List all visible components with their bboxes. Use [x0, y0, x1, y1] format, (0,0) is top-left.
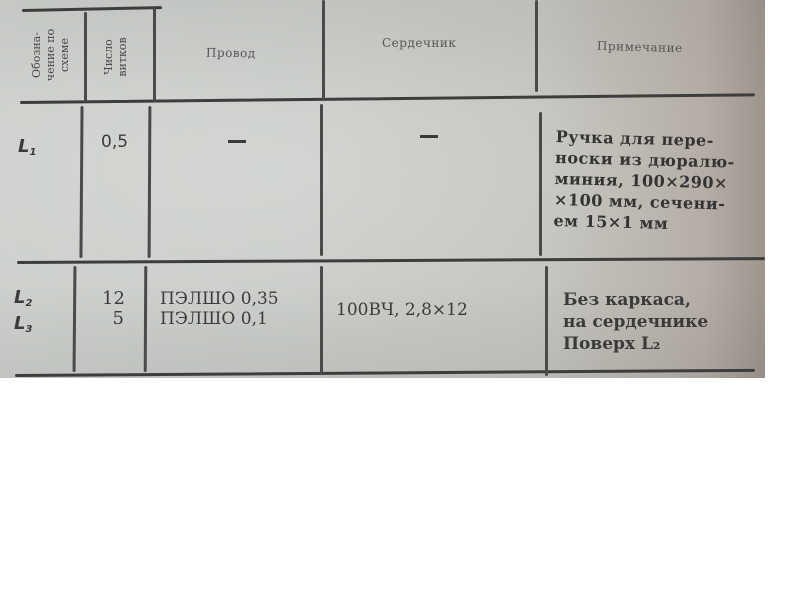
designation-letter: L	[14, 287, 25, 308]
row2-core: 100ВЧ, 2,8×12	[336, 300, 468, 320]
col-divider-2	[153, 8, 156, 102]
table-photo: Обозна- чение по схеме Число витков Пров…	[0, 0, 765, 378]
col-divider-2-row2	[144, 266, 148, 372]
row2-note: Без каркаса, на сердечнике Поверх L₂	[563, 289, 708, 355]
turns-value: 12	[102, 289, 124, 309]
designation-index: 3	[25, 324, 32, 335]
row1-core-dash	[420, 135, 438, 138]
col-divider-1	[84, 12, 87, 102]
header-turns-line: витков	[116, 16, 130, 98]
header-designation-line: Обозна-	[30, 10, 44, 100]
row2-bottom-rule	[15, 369, 755, 377]
note-line: Поверх L₂	[563, 333, 708, 355]
row1-wire-dash	[228, 140, 246, 143]
turns-value: 5	[102, 309, 124, 329]
col-divider-1-row1	[79, 106, 83, 258]
note-line: на сердечнике	[563, 311, 708, 333]
designation-l3: L3	[14, 314, 32, 340]
row2-turns: 12 5	[102, 289, 124, 329]
designation-index: 1	[29, 147, 36, 158]
col-divider-3-row2	[320, 266, 323, 374]
col-divider-4-row1	[539, 112, 542, 256]
header-designation-line: схеме	[58, 10, 72, 100]
wire-value: ПЭЛШО 0,35	[160, 289, 279, 309]
header-turns-line: Число	[102, 16, 116, 98]
row1-note: Ручка для пере- носки из дюралю- миния, …	[553, 126, 735, 236]
header-designation: Обозна- чение по схеме	[30, 10, 72, 100]
header-core: Сердечник	[382, 36, 456, 50]
row1-turns: 0,5	[101, 132, 128, 152]
designation-letter: L	[18, 136, 29, 157]
row1-bottom-rule	[17, 257, 765, 264]
note-line: Без каркаса,	[563, 289, 708, 311]
row2-wire: ПЭЛШО 0,35 ПЭЛШО 0,1	[160, 289, 279, 329]
designation-index: 2	[25, 298, 32, 309]
designation-l2: L2	[14, 288, 32, 314]
col-divider-2-row1	[148, 106, 152, 258]
col-divider-4-row2	[545, 266, 548, 376]
header-turns: Число витков	[102, 16, 130, 98]
col-divider-3	[322, 0, 325, 100]
col-divider-4	[535, 0, 538, 92]
header-wire: Провод	[206, 46, 256, 61]
header-note: Примечание	[597, 39, 683, 55]
header-bottom-rule	[20, 93, 755, 104]
wire-value: ПЭЛШО 0,1	[160, 309, 279, 329]
col-divider-3-row1	[320, 104, 323, 256]
col-divider-1-row2	[73, 266, 77, 372]
designation-letter: L	[14, 313, 25, 334]
row2-designations: L2 L3	[14, 288, 32, 340]
header-designation-line: чение по	[44, 10, 58, 100]
row1-designation: L1	[18, 136, 36, 158]
